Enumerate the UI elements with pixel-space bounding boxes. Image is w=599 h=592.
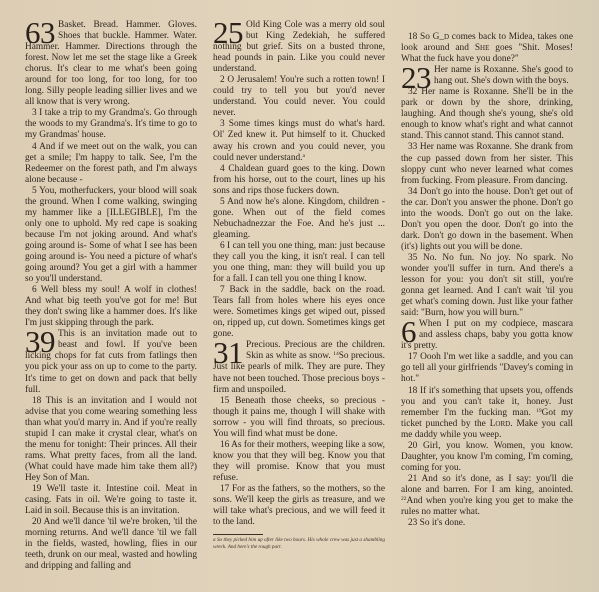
column-1: 63Basket. Bread. Hammer. Gloves. Shoes t… [25,20,197,572]
verse: 18 So G_d comes back to Midea, takes one… [401,32,573,65]
chapter-number: 23 [401,66,431,88]
verse-text: 3 Some times kings must do what's hard. … [213,119,385,162]
verse: 3 I take a trip to my Grandma's. Go thro… [25,108,197,141]
verse: 18 If it's something that upsets you, of… [401,386,573,441]
verse: 17 For as the fathers, so the mothers, s… [213,484,385,528]
verse: 4 And if we meet out on the walk, you ca… [25,142,197,186]
small-caps-text: Lord [490,419,511,429]
verse: 20 Girl, you know. Women, you know. Daug… [401,441,573,474]
verse: 3 Some times kings must do what's hard. … [213,119,385,163]
verse: 2 O Jerusalem! You're such a rotten town… [213,75,385,119]
verse: 20 And we'll dance 'til we're broken, 't… [25,517,197,572]
verse: 35 No. No fun. No joy. No spark. No wond… [401,253,573,319]
chapter-31: 31Precious. Precious are the children. S… [213,340,385,395]
chapter-number: 31 [213,341,243,363]
verse: 4 Chaldean guard goes to the king. Down … [213,164,385,197]
column-3: 18 So G_d comes back to Midea, takes one… [401,32,573,529]
verse: 34 Don't go into the house. Don't get ou… [401,187,573,253]
verse: 5 You, motherfuckers, your blood will so… [25,186,197,285]
footnote: a So they picked him up after like two h… [213,537,385,551]
chapter-number: 39 [25,330,55,352]
chapter-number: 63 [25,21,55,43]
verse: 23 So it's done. [401,518,573,529]
chapter-25: 25Old King Cole was a merry old soul but… [213,20,385,75]
verse: 19 We'll taste it. Intestine coil. Meat … [25,484,197,517]
verse: 33 Her name was Roxanne. She drank from … [401,142,573,186]
verse-text: 18 So G_ [408,32,444,42]
verse: 16 As for their mothers, weeping like a … [213,440,385,484]
chapter-number: 25 [213,21,243,43]
verse: 17 Oooh I'm wet like a saddle, and you c… [401,352,573,385]
chapter-text: Her name is Roxanne. She's good to hang … [434,65,573,86]
chapter-6: 6When I put on my codpiece, mascara and … [401,319,573,352]
verse: 15 Beneath those cheeks, so precious - t… [213,396,385,440]
footnote-divider [213,534,263,535]
verse: 7 Back in the saddle, back on the road. … [213,285,385,340]
verse: 5 And now he's alone. Kingdom, children … [213,197,385,241]
footnote-marker: a [303,153,305,159]
verse: 6 Well bless my soul! A wolf in clothes!… [25,285,197,329]
chapter-23: 23Her name is Roxanne. She's good to han… [401,65,573,87]
small-caps-text: She [475,43,490,53]
verse-text: 21 And so it's done, as I say: you'll di… [401,474,573,495]
column-2: 25Old King Cole was a merry old soul but… [213,20,385,551]
chapter-number: 6 [401,320,416,342]
verse: 6 I can tell you one thing, man: just be… [213,241,385,285]
verse-text: And when you're king you get to make the… [401,496,573,517]
verse: 18 This is an invitation and I would not… [25,396,197,484]
verse: 32 Her name is Roxanne. She'll be in the… [401,87,573,142]
verse: 21 And so it's done, as I say: you'll di… [401,474,573,518]
chapter-63: 63Basket. Bread. Hammer. Gloves. Shoes t… [25,20,197,108]
chapter-39: 39This is an invitation made out to beas… [25,329,197,395]
chapter-text: When I put on my codpiece, mascara and a… [401,319,573,351]
